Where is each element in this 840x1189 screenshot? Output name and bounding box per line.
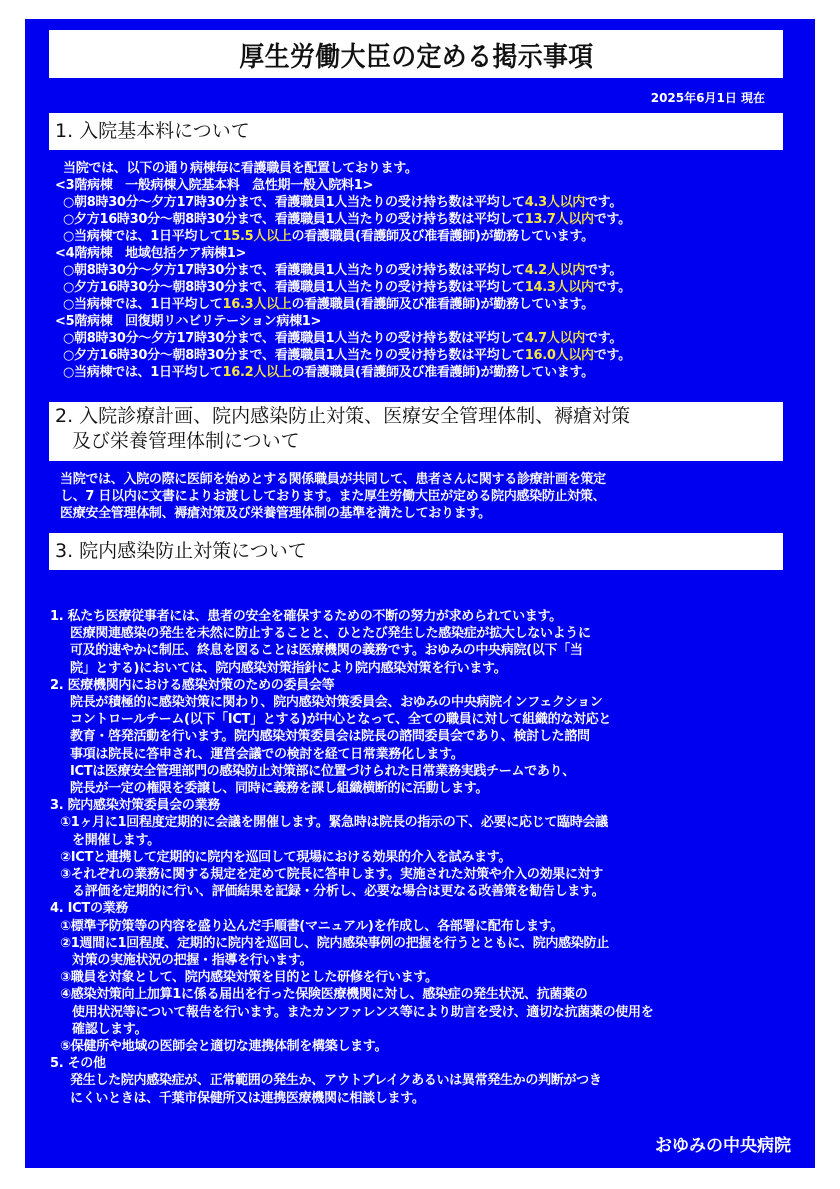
staff-count: ○当病棟では、1日平均して15.5人以上の看護職員(看護師及び准看護師)が勤務し… <box>55 228 631 245</box>
day-ratio: ○朝8時30分～夕方17時30分まで、看護職員1人当たりの受け持ち数は平均して4… <box>55 262 631 279</box>
item-line: 医療関連感染の発生を未然に防止することと、ひとたび発生した感染症が拡大しないよう… <box>50 625 653 642</box>
day-ratio: ○朝8時30分～夕方17時30分まで、看護職員1人当たりの受け持ち数は平均して4… <box>55 330 631 347</box>
night-ratio: ○夕方16時30分～朝8時30分まで、看護職員1人当たりの受け持ち数は平均して1… <box>55 279 631 296</box>
day-ratio: ○朝8時30分～夕方17時30分まで、看護職員1人当たりの受け持ち数は平均して4… <box>55 194 631 211</box>
notice-panel: 厚生労働大臣の定める掲示事項 2025年6月1日 現在 1. 入院基本料について… <box>25 19 815 1168</box>
sub-item-cont: 使用状況等について報告を行います。またカンファレンス等により助言を受け、適切な抗… <box>50 1004 653 1021</box>
staff-count: ○当病棟では、1日平均して16.3人以上の看護職員(看護師及び准看護師)が勤務し… <box>55 296 631 313</box>
item-line: にくいときは、千葉市保健所又は連携医療機関に相談します。 <box>50 1090 653 1107</box>
as-of-date: 2025年6月1日 現在 <box>651 89 765 106</box>
staff-count: ○当病棟では、1日平均して16.2人以上の看護職員(看護師及び准看護師)が勤務し… <box>55 364 631 381</box>
title-box: 厚生労働大臣の定める掲示事項 <box>49 30 783 78</box>
day-ratio-value: 4.3人以内 <box>525 195 585 210</box>
sub-item: ③職員を対象として、院内感染対策を目的とした研修を行います。 <box>50 969 653 986</box>
section2-header: 2. 入院診療計画、院内感染防止対策、医療安全管理体制、褥瘡対策 及び栄養管理体… <box>49 402 783 461</box>
section1-heading: 1. 入院基本料について <box>49 122 250 141</box>
item-line: 可及的速やかに制圧、終息を図ることは医療機関の義務です。おゆみの中央病院(以下「… <box>50 642 653 659</box>
sub-item: ①標準予防策等の内容を盛り込んだ手順書(マニュアル)を作成し、各部署に配布します… <box>50 918 653 935</box>
ward-name: <4階病棟 地域包括ケア病棟1> <box>55 245 631 262</box>
sub-item: ⑤保健所や地域の医師会と適切な連携体制を構築します。 <box>50 1038 653 1055</box>
ward-3f: <3階病棟 一般病棟入院基本料 急性期一般入院料1> ○朝8時30分～夕方17時… <box>55 177 631 245</box>
sub-item: ③それぞれの業務に関する規定を定めて院長に答申します。実施された対策や介入の効果… <box>50 866 653 883</box>
item-title: 5. その他 <box>50 1055 653 1072</box>
sub-item: ②ICTと連携して定期的に院内を巡回して現場における効果的介入を試みます。 <box>50 849 653 866</box>
item-line: 教育・啓発活動を行います。院内感染対策委員会は院長の諮問委員会であり、検討した諮… <box>50 728 653 745</box>
section1-header: 1. 入院基本料について <box>49 113 783 150</box>
night-ratio: ○夕方16時30分～朝8時30分まで、看護職員1人当たりの受け持ち数は平均して1… <box>55 347 631 364</box>
staff-count-value: 16.2人以上 <box>223 365 292 380</box>
ward-name: <5階病棟 回復期リハビリテーション病棟1> <box>55 313 631 330</box>
night-ratio-value: 14.3人以内 <box>525 280 594 295</box>
item-5: 5. その他 発生した院内感染症が、正常範囲の発生か、アウトブレイクあるいは異常… <box>50 1055 653 1107</box>
sub-item: ④感染対策向上加算1に係る届出を行った保険医療機関に対し、感染症の発生状況、抗菌… <box>50 986 653 1003</box>
night-ratio-value: 16.0人以内 <box>525 348 594 363</box>
sub-item-cont: る評価を定期的に行い、評価結果を記録・分析し、必要な場合は更なる改善策を勧告しま… <box>50 883 653 900</box>
item-4: 4. ICTの業務 ①標準予防策等の内容を盛り込んだ手順書(マニュアル)を作成し… <box>50 900 653 1055</box>
ward-4f: <4階病棟 地域包括ケア病棟1> ○朝8時30分～夕方17時30分まで、看護職員… <box>55 245 631 313</box>
item-line: 院長が一定の権限を委譲し、同時に義務を課し組織横断的に活動します。 <box>50 780 653 797</box>
item-title: 1. 私たち医療従事者には、患者の安全を確保するための不断の努力が求められていま… <box>50 608 653 625</box>
section2-heading-line2: 及び栄養管理体制について <box>49 432 783 451</box>
section3-header: 3. 院内感染防止対策について <box>49 533 783 570</box>
item-3: 3. 院内感染対策委員会の業務 ①1ヶ月に1回程度定期的に会議を開催します。緊急… <box>50 797 653 900</box>
staff-count-value: 15.5人以上 <box>223 229 292 244</box>
item-line: ICTは医療安全管理部門の感染防止対策部に位置づけられた日常業務実践チームであり… <box>50 763 653 780</box>
item-line: 事項は院長に答申され、運営会議での検討を経て日常業務化します。 <box>50 746 653 763</box>
sub-item-cont: 対策の実施状況の把握・指導を行います。 <box>50 952 653 969</box>
section1-body: 当院では、以下の通り病棟毎に看護職員を配置しております。 <3階病棟 一般病棟入… <box>55 160 631 381</box>
night-ratio-value: 13.7人以内 <box>525 212 594 227</box>
item-line: 発生した院内感染症が、正常範囲の発生か、アウトブレイクあるいは異常発生かの判断が… <box>50 1072 653 1089</box>
item-title: 4. ICTの業務 <box>50 900 653 917</box>
item-line: 院」とする)においては、院内感染対策指針により院内感染対策を行います。 <box>50 660 653 677</box>
section1-intro: 当院では、以下の通り病棟毎に看護職員を配置しております。 <box>55 160 631 177</box>
night-ratio: ○夕方16時30分～朝8時30分まで、看護職員1人当たりの受け持ち数は平均して1… <box>55 211 631 228</box>
ward-name: <3階病棟 一般病棟入院基本料 急性期一般入院料1> <box>55 177 631 194</box>
item-title: 3. 院内感染対策委員会の業務 <box>50 797 653 814</box>
day-ratio-value: 4.2人以内 <box>525 263 585 278</box>
item-1: 1. 私たち医療従事者には、患者の安全を確保するための不断の努力が求められていま… <box>50 608 653 677</box>
section2-line: 当院では、入院の際に医師を始めとする関係職員が共同して、患者さんに関する診療計画… <box>60 471 606 488</box>
ward-5f: <5階病棟 回復期リハビリテーション病棟1> ○朝8時30分～夕方17時30分ま… <box>55 313 631 381</box>
section2-heading-line1: 2. 入院診療計画、院内感染防止対策、医療安全管理体制、褥瘡対策 <box>49 407 783 426</box>
section2-body: 当院では、入院の際に医師を始めとする関係職員が共同して、患者さんに関する診療計画… <box>60 471 606 522</box>
item-title: 2. 医療機関内における感染対策のための委員会等 <box>50 677 653 694</box>
sub-item: ①1ヶ月に1回程度定期的に会議を開催します。緊急時は院長の指示の下、必要に応じて… <box>50 814 653 831</box>
item-line: コントロールチーム(以下「ICT」とする)が中心となって、全ての職員に対して組織… <box>50 711 653 728</box>
item-2: 2. 医療機関内における感染対策のための委員会等 院長が積極的に感染対策に関わり… <box>50 677 653 797</box>
staff-count-value: 16.3人以上 <box>223 297 292 312</box>
sub-item-cont: を開催します。 <box>50 832 653 849</box>
section2-line: し、7 日以内に文書によりお渡ししております。また厚生労働大臣が定める院内感染防… <box>60 488 606 505</box>
hospital-name: おゆみの中央病院 <box>655 1131 791 1156</box>
section3-body: 1. 私たち医療従事者には、患者の安全を確保するための不断の努力が求められていま… <box>50 608 653 1107</box>
sub-item: ②1週間に1回程度、定期的に院内を巡回し、院内感染事例の把握を行うとともに、院内… <box>50 935 653 952</box>
day-ratio-value: 4.7人以内 <box>525 331 585 346</box>
page-title: 厚生労働大臣の定める掲示事項 <box>239 35 593 74</box>
sub-item-cont: 確認します。 <box>50 1021 653 1038</box>
section2-line: 医療安全管理体制、褥瘡対策及び栄養管理体制の基準を満たしております。 <box>60 505 606 522</box>
item-line: 院長が積極的に感染対策に関わり、院内感染対策委員会、おゆみの中央病院インフェクシ… <box>50 694 653 711</box>
section3-heading: 3. 院内感染防止対策について <box>49 542 307 561</box>
